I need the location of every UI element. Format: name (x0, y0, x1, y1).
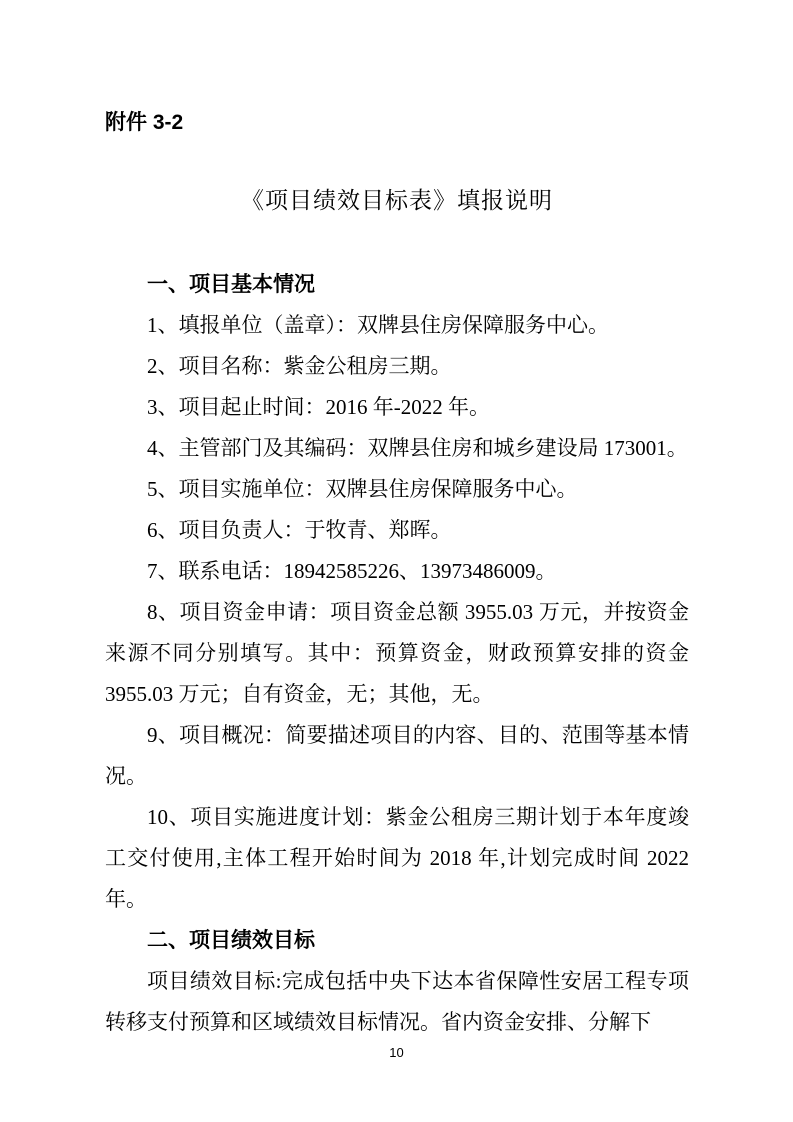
paragraph-item-8: 8、项目资金申请：项目资金总额 3955.03 万元，并按资金来源不同分别填写。… (105, 592, 689, 715)
paragraph-item-9: 9、项目概况：简要描述项目的内容、目的、范围等基本情况。 (105, 715, 689, 797)
document-title: 《项目绩效目标表》填报说明 (105, 186, 689, 216)
page-number: 10 (0, 1045, 793, 1060)
paragraph-item-4: 4、主管部门及其编码：双牌县住房和城乡建设局 173001。 (105, 428, 689, 469)
document-body: 一、项目基本情况 1、填报单位（盖章）：双牌县住房保障服务中心。 2、项目名称：… (105, 264, 689, 1043)
paragraph-item-7: 7、联系电话：18942585226、13973486009。 (105, 551, 689, 592)
paragraph-item-1: 1、填报单位（盖章）：双牌县住房保障服务中心。 (105, 305, 689, 346)
paragraph-item-6: 6、项目负责人：于牧青、郑晖。 (105, 510, 689, 551)
attachment-label: 附件 3-2 (105, 110, 689, 136)
section-heading-performance-goals: 二、项目绩效目标 (105, 920, 689, 961)
paragraph-item-3: 3、项目起止时间：2016 年-2022 年。 (105, 387, 689, 428)
paragraph-item-10: 10、项目实施进度计划：紫金公租房三期计划于本年度竣工交付使用,主体工程开始时间… (105, 797, 689, 920)
paragraph-performance-goal: 项目绩效目标:完成包括中央下达本省保障性安居工程专项转移支付预算和区域绩效目标情… (105, 961, 689, 1043)
paragraph-item-5: 5、项目实施单位：双牌县住房保障服务中心。 (105, 469, 689, 510)
section-heading-basic-info: 一、项目基本情况 (105, 264, 689, 305)
document-page: 附件 3-2 《项目绩效目标表》填报说明 一、项目基本情况 1、填报单位（盖章）… (0, 0, 793, 1122)
paragraph-item-2: 2、项目名称：紫金公租房三期。 (105, 346, 689, 387)
